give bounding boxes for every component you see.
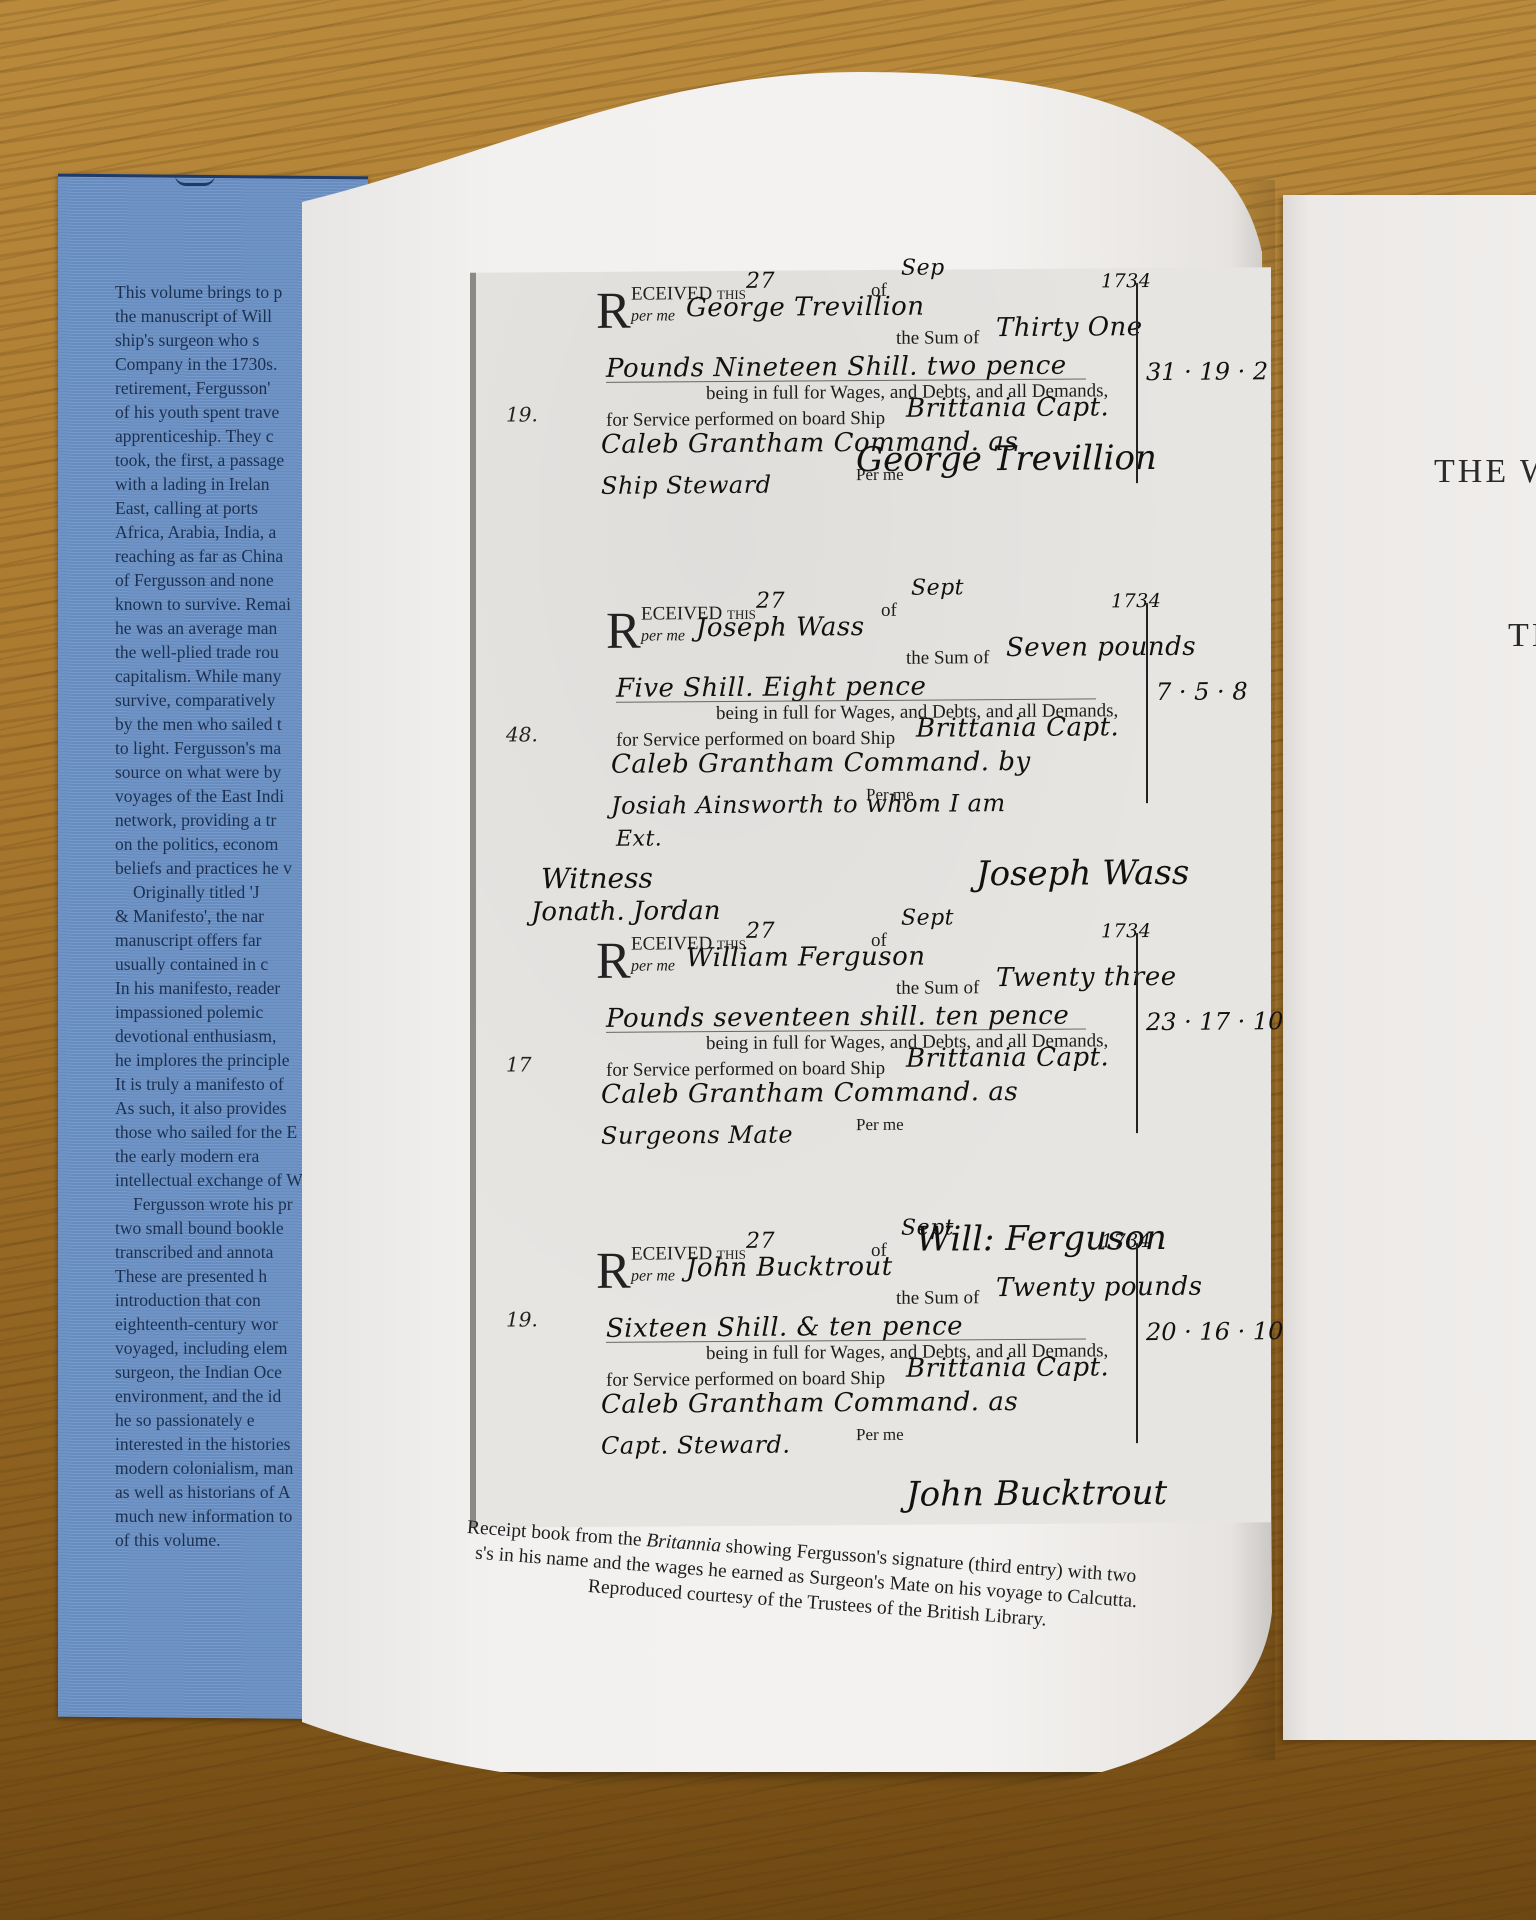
receipt-ship: Brittania Capt.	[906, 1352, 1109, 1383]
margin-tally: 17	[506, 1052, 531, 1076]
receipt-name: William Ferguson	[686, 942, 926, 974]
receipt-bracket	[1146, 603, 1148, 803]
receipt-role: Capt. Steward.	[601, 1431, 791, 1460]
receipt-day: 27	[746, 919, 775, 944]
receipt-ship: Brittania Capt.	[916, 712, 1119, 743]
receipt-role: Ship Steward	[601, 471, 772, 500]
receipt-book-facsimile: RECEIVED this27ofSep1734per meGeorge Tre…	[470, 267, 1271, 1528]
receipt-extra: Ext.	[616, 826, 662, 851]
receipt-year: 1734	[1101, 920, 1151, 942]
receipt-ship: Brittania Capt.	[906, 392, 1109, 423]
jacket-notch	[175, 175, 215, 186]
receipt-bracket	[1136, 933, 1138, 1133]
receipt-initial-r: R	[596, 282, 631, 341]
receipt-year: 1734	[1111, 590, 1161, 612]
margin-tally: 19.	[506, 402, 538, 426]
receipt-month: Sept	[901, 905, 954, 930]
receipt-ship: Brittania Capt.	[906, 1042, 1109, 1073]
sum-of-label: the Sum of	[896, 327, 979, 350]
receipt-signature: John Bucktrout	[906, 1473, 1167, 1515]
receipt-entry: RECEIVED this27ofSept1734per meJoseph Wa…	[476, 588, 1196, 893]
per-me-label: per me	[641, 627, 685, 645]
right-page-title-line2: TI	[1508, 617, 1536, 655]
per-me-label: per me	[631, 1267, 675, 1285]
right-page	[1283, 195, 1536, 1740]
sum-of-label: the Sum of	[906, 647, 989, 670]
receipt-amount: 23 · 17 · 10	[1146, 1007, 1283, 1036]
receipt-signature: George Trevillion	[856, 438, 1157, 480]
right-page-title-line1: THE W	[1434, 453, 1536, 491]
receipt-entry: RECEIVED this27ofSept1734per meJohn Buck…	[476, 1228, 1196, 1533]
receipt-initial-r: R	[596, 1242, 631, 1301]
receipt-commander: Caleb Grantham Command. by	[611, 747, 1031, 780]
receipt-sum-line1: Twenty three	[996, 962, 1177, 993]
receipt-entry: RECEIVED this27ofSept1734per meWilliam F…	[476, 918, 1196, 1223]
per-me-footer-label: Per me	[856, 1115, 904, 1135]
receipt-amount: 20 · 16 · 10	[1146, 1317, 1283, 1346]
receipt-sum-line1: Thirty One	[996, 312, 1143, 343]
receipt-month: Sept	[901, 1215, 954, 1240]
per-me-label: per me	[631, 957, 675, 975]
receipt-role: Josiah Ainsworth to whom I am	[611, 789, 1006, 820]
receipt-year: 1734	[1101, 1230, 1151, 1252]
ship-name-italic: Britannia	[646, 1530, 722, 1556]
margin-tally: 48.	[506, 722, 538, 746]
receipt-sum-line1: Seven pounds	[1006, 632, 1196, 663]
receipt-year: 1734	[1101, 270, 1151, 292]
of-label: of	[881, 600, 897, 622]
receipt-commander: Caleb Grantham Command. as	[601, 1387, 1018, 1420]
receipt-month: Sept	[911, 575, 964, 600]
receipt-amount: 7 · 5 · 8	[1156, 677, 1248, 706]
witness-label: Witness	[541, 862, 653, 896]
receipt-commander: Caleb Grantham Command. as	[601, 1077, 1018, 1110]
per-me-footer-label: Per me	[856, 1425, 904, 1445]
receipt-month: Sep	[901, 255, 945, 280]
sum-of-label: the Sum of	[896, 977, 979, 1000]
sum-of-label: the Sum of	[896, 1287, 979, 1310]
per-me-label: per me	[631, 307, 675, 325]
margin-tally: 19.	[506, 1307, 538, 1331]
receipt-name: Joseph Wass	[696, 612, 865, 643]
receipt-entry: RECEIVED this27ofSep1734per meGeorge Tre…	[476, 268, 1196, 573]
receipt-sum-line1: Twenty pounds	[996, 1272, 1202, 1303]
receipt-name: George Trevillion	[686, 292, 925, 324]
receipt-amount: 31 · 19 · 2	[1146, 357, 1268, 386]
receipt-signature: Joseph Wass	[976, 853, 1189, 894]
receipt-day: 27	[756, 589, 785, 614]
receipt-initial-r: R	[606, 602, 641, 661]
receipt-bracket	[1136, 1243, 1138, 1443]
receipt-day: 27	[746, 269, 775, 294]
receipt-role: Surgeons Mate	[601, 1121, 793, 1150]
receipt-name: John Bucktrout	[686, 1252, 893, 1283]
receipt-initial-r: R	[596, 932, 631, 991]
receipt-day: 27	[746, 1229, 775, 1254]
receipt-bracket	[1136, 283, 1138, 483]
